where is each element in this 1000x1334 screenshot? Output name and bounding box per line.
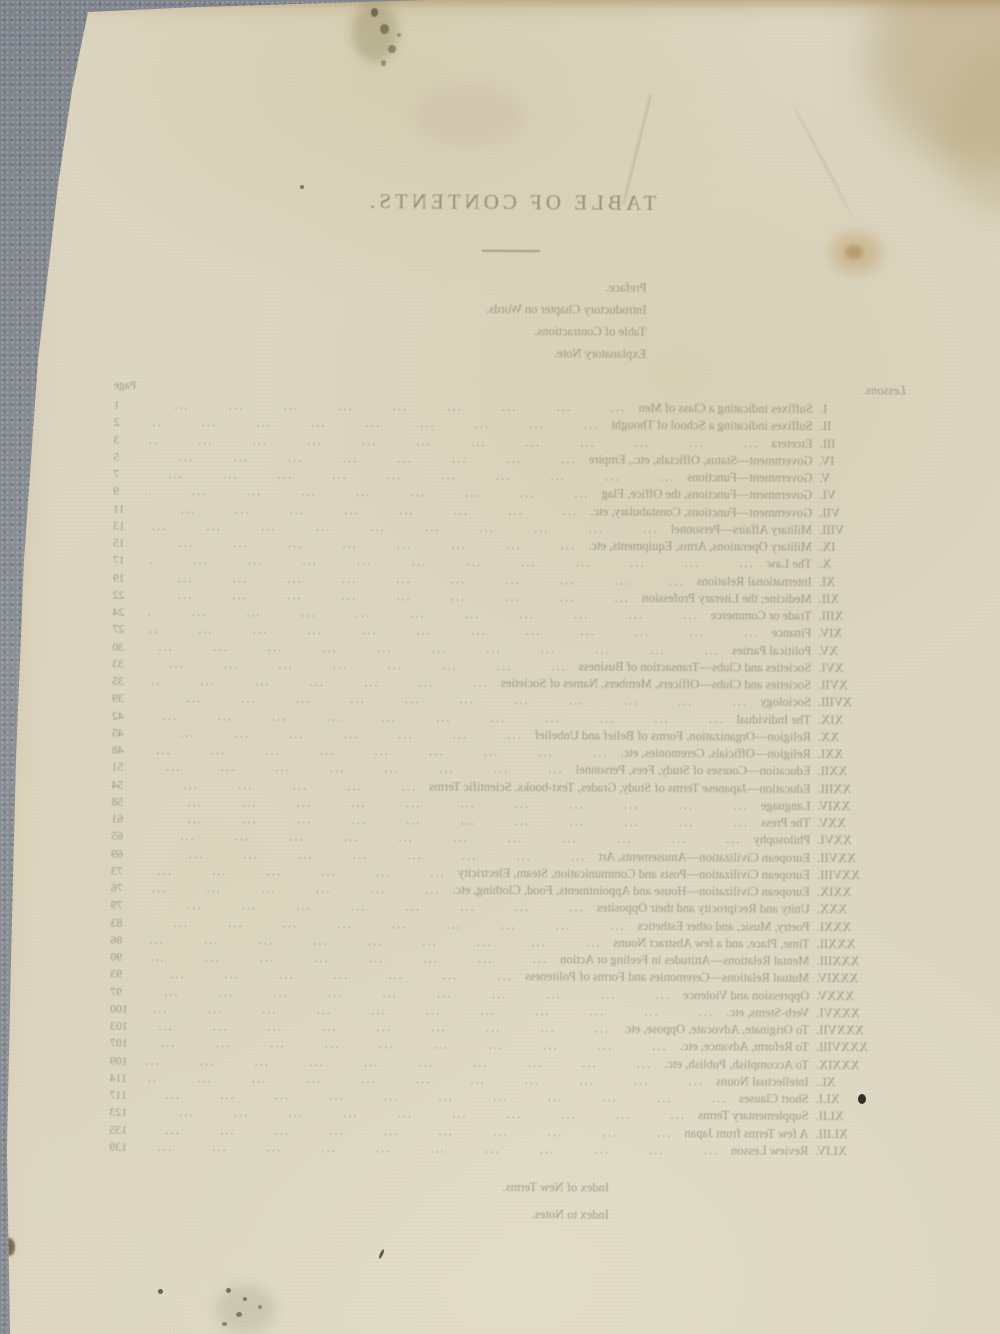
lesson-numeral: XXIV. <box>810 798 903 816</box>
lesson-numeral: XXI. <box>811 746 904 764</box>
lesson-numeral: VIII. <box>812 522 905 540</box>
lesson-numeral: XXXVII. <box>809 1022 902 1040</box>
stain-speck <box>258 1305 262 1309</box>
page-number: 24 <box>113 604 149 621</box>
stain-smudge <box>215 1285 275 1333</box>
lesson-title: Intellectual Nouns <box>716 1073 809 1091</box>
lesson-numeral: VII. <box>812 504 905 522</box>
page-number: 135 <box>109 1121 145 1138</box>
back-matter-line: Index of New Terms. <box>109 1172 609 1202</box>
dot-leader: ... ... ... ... ... ... ... ... ... ... … <box>148 776 430 795</box>
dot-leader: ... ... ... ... ... ... ... ... ... ... … <box>145 1139 731 1160</box>
lesson-numeral: XXVII. <box>810 849 903 867</box>
lesson-numeral: XXXII. <box>810 936 903 954</box>
photo-background: TABLE OF CONTENTS. Preface.Introductory … <box>0 0 1000 1334</box>
page-number: 11 <box>113 500 149 517</box>
front-matter-line: Explanatory Note. <box>114 340 646 365</box>
dot-leader: ... ... ... ... ... ... ... ... ... ... … <box>148 673 501 692</box>
lesson-title: Unity and Reciprocity and their Opposite… <box>597 900 810 919</box>
lesson-title: Time, Place, and a few Abstract Nouns <box>613 934 809 952</box>
lesson-title: Oppression and Violence <box>683 987 809 1005</box>
stain-smudge <box>415 85 525 147</box>
lesson-title: International Relations <box>697 573 812 591</box>
lesson-numeral: XXIX. <box>810 884 903 902</box>
lesson-numeral: XI. <box>812 573 905 591</box>
toc-title: TABLE OF CONTENTS. <box>115 188 907 217</box>
lesson-numeral: I. <box>813 401 906 419</box>
lesson-title: Poetry, Music, and other Esthetics <box>638 917 810 935</box>
page-number: 3 <box>114 431 150 448</box>
stain-speck <box>380 24 389 34</box>
column-header-page: Page <box>114 378 154 395</box>
lesson-title: Medicine; the Literary Profession <box>642 590 812 608</box>
stain-speck <box>397 33 401 37</box>
lesson-title: European Civilization—Posts and Communic… <box>458 864 810 883</box>
lesson-title: Military Operations, Arms, Equipments, e… <box>588 537 812 556</box>
page-number: 73 <box>111 862 147 879</box>
stain-speck <box>388 45 396 53</box>
lesson-numeral: XXXVI. <box>809 1005 902 1023</box>
page-number: 83 <box>111 914 147 931</box>
lesson-title: Sociology <box>760 694 811 712</box>
lesson-numeral: X. <box>812 556 905 574</box>
page-number: 19 <box>113 569 149 586</box>
stain-speck <box>226 1288 231 1293</box>
stain-speck <box>378 1249 385 1259</box>
lesson-title: Religion—Officials, Ceremonies, etc. <box>620 745 810 763</box>
page-number: 42 <box>112 707 148 724</box>
lesson-title: Political Parties <box>732 642 812 660</box>
lesson-title: To Originate, Advocate, Oppose, etc. <box>622 1021 809 1039</box>
lesson-numeral: XXXI. <box>810 918 903 936</box>
lesson-numeral: XLIII. <box>808 1125 901 1143</box>
lesson-title: A few Terms from Japan <box>684 1125 808 1143</box>
lesson-numeral: XV. <box>811 642 904 660</box>
lesson-title: Verb-Stems, etc. <box>726 1004 809 1022</box>
lesson-numeral: XXVIII. <box>810 867 903 885</box>
page-number: 90 <box>110 949 146 966</box>
lesson-title: Military Affairs—Personnel <box>671 521 813 539</box>
toc-rows: I.Suffixes indicating a Class of Men... … <box>109 397 906 1161</box>
book-page: TABLE OF CONTENTS. Preface.Introductory … <box>0 0 1000 1334</box>
page-number: 30 <box>112 638 148 655</box>
lesson-title: Philosophy <box>753 832 810 850</box>
lesson-numeral: XXXIV. <box>809 970 902 988</box>
page-number: 109 <box>110 1052 146 1069</box>
lesson-numeral: XXXIX. <box>809 1056 902 1074</box>
lesson-title: Trade or Commerce <box>711 607 812 625</box>
page-number: 51 <box>112 759 148 776</box>
lesson-title: Short Clauses <box>739 1090 809 1108</box>
page-number: 103 <box>110 1018 146 1035</box>
page-number: 39 <box>112 690 148 707</box>
lesson-numeral: XL. <box>809 1074 902 1092</box>
back-matter-line: Index to Notes. <box>109 1199 609 1229</box>
edge-tatter <box>30 208 39 217</box>
page-number: 86 <box>111 931 147 948</box>
lesson-title: Societies and Clubs—Transaction of Busin… <box>579 658 812 677</box>
page-number: 45 <box>112 724 148 741</box>
stain-speck <box>236 1312 242 1317</box>
page-number: 48 <box>112 742 148 759</box>
lesson-numeral: XII. <box>812 591 905 609</box>
lesson-title: The Law <box>767 556 812 574</box>
lesson-numeral: IV. <box>812 453 905 471</box>
lesson-title: Societies and Clubs—Officers, Members, N… <box>501 675 811 694</box>
edge-tatter <box>4 556 14 570</box>
front-matter-line: Table of Contractions. <box>114 318 646 343</box>
lesson-title: The Press <box>761 815 810 833</box>
edge-tatter <box>6 660 14 670</box>
lesson-title: Suffixes indicating a Class of Men <box>639 400 813 418</box>
lesson-numeral: XXV. <box>810 815 903 833</box>
lesson-numeral: XIX. <box>811 711 904 729</box>
front-matter-list: Preface.Introductory Chapter on Words.Ta… <box>114 274 907 367</box>
lesson-title: European Civilization—Amusements, Art <box>598 848 810 867</box>
lesson-numeral: XVII. <box>811 677 904 695</box>
page-number: 2 <box>114 414 150 431</box>
stain-speck <box>243 1297 247 1301</box>
lesson-numeral: XIV. <box>811 625 904 643</box>
page-number: 69 <box>111 845 147 862</box>
dot-leader: ... ... ... ... ... ... ... ... ... ... … <box>147 863 458 882</box>
lesson-title: To Accomplish, Publish, etc. <box>664 1055 809 1073</box>
lesson-numeral: XXXVIII. <box>809 1039 902 1057</box>
page-number: 61 <box>111 811 147 828</box>
lesson-title: Government—Status, Officials, etc., Empi… <box>589 451 813 470</box>
page-number: 9 <box>113 483 149 500</box>
page-number: 100 <box>110 1000 146 1017</box>
page-number: 7 <box>113 466 149 483</box>
page-number: 97 <box>110 983 146 1000</box>
lesson-title: The Individual <box>736 711 811 729</box>
lesson-title: Education—Courses of Study, Fees, Person… <box>576 762 811 781</box>
page-number: 27 <box>112 621 148 638</box>
lesson-title: Finance <box>772 625 812 642</box>
page-number: 76 <box>111 880 147 897</box>
toc-row: XLIV.Review Lesson... ... ... ... ... ..… <box>109 1138 901 1160</box>
front-matter-line: Preface. <box>115 274 647 299</box>
lesson-title: Mental Relations—Attitudes in Feeling or… <box>560 951 810 970</box>
lesson-numeral: VI. <box>812 487 905 505</box>
page-number: 13 <box>113 517 149 534</box>
lesson-numeral: XXXIII. <box>809 953 902 971</box>
page-number: 123 <box>110 1104 146 1121</box>
page-number: 54 <box>112 776 148 793</box>
page-number: 5 <box>114 448 150 465</box>
lesson-title: To Reform, Advance, etc. <box>680 1038 809 1056</box>
lesson-title: Mutual Relations—Ceremonies and Forms of… <box>525 968 809 987</box>
edge-tatter <box>3 1238 15 1256</box>
lesson-title: Government—Functions, Constabulary, etc. <box>590 503 812 522</box>
page-number: 107 <box>110 1035 146 1052</box>
stain-corner-toning <box>940 40 1000 220</box>
lesson-title: Supplementary Terms <box>698 1107 809 1125</box>
stain-speck <box>158 1289 163 1294</box>
lesson-numeral: XX. <box>811 729 904 747</box>
lesson-title: Government—Functions <box>687 469 812 487</box>
page-number: 15 <box>113 535 149 552</box>
page-number: 1 <box>114 397 150 414</box>
lesson-title: Government—Functions, the Office, Flag <box>602 486 813 505</box>
page-number: 35 <box>112 673 148 690</box>
lesson-numeral: XVI. <box>811 660 904 678</box>
toc-column-headers: Lessons. Page <box>114 378 906 400</box>
lesson-title: Review Lesson <box>731 1142 808 1160</box>
lesson-numeral: XXX. <box>810 901 903 919</box>
lesson-numeral: XXIII. <box>810 780 903 798</box>
lesson-numeral: XXII. <box>811 763 904 781</box>
front-matter-line: Introductory Chapter on Words. <box>114 296 646 321</box>
lesson-numeral: XVIII. <box>811 694 904 712</box>
page-number: 17 <box>113 552 149 569</box>
page-number: 65 <box>111 828 147 845</box>
lesson-title: Religion—Organization, Forms of Belief a… <box>535 727 811 746</box>
back-matter-list: Index of New Terms.Index to Notes. <box>109 1172 901 1231</box>
page-number: 58 <box>111 793 147 810</box>
lesson-title: European Civilization—House and Appointm… <box>452 882 810 901</box>
page-number: 117 <box>110 1087 146 1104</box>
stain-speck <box>371 8 378 17</box>
lesson-numeral: II. <box>813 418 906 436</box>
page-number: 114 <box>110 1069 146 1086</box>
lesson-title: Suffixes indicating a School of Thought <box>611 417 812 435</box>
toc-divider <box>482 250 540 252</box>
stain-smudge-top <box>352 2 398 62</box>
stain-speck <box>222 1322 227 1326</box>
lesson-numeral: XLI. <box>809 1091 902 1109</box>
column-header-lessons: Lessons. <box>863 382 906 399</box>
lesson-numeral: XLIV. <box>808 1143 901 1161</box>
page-number: 33 <box>112 655 148 672</box>
lesson-numeral: IX. <box>812 539 905 557</box>
stain-speck <box>381 60 386 66</box>
lesson-numeral: V. <box>812 470 905 488</box>
lesson-numeral: III. <box>813 435 906 453</box>
lesson-title: Etcetera <box>771 435 812 453</box>
page-number: 139 <box>109 1138 145 1155</box>
page-number: 93 <box>110 966 146 983</box>
lesson-numeral: XXVI. <box>810 832 903 850</box>
dot-leader: ... ... ... ... ... ... ... ... ... ... … <box>147 880 453 899</box>
page-number: 22 <box>113 586 149 603</box>
stain-corner-toning <box>868 0 1000 170</box>
showthrough-text-block: TABLE OF CONTENTS. Preface.Introductory … <box>109 182 907 1247</box>
lesson-title: Language <box>761 797 811 815</box>
lesson-numeral: XLII. <box>808 1108 901 1126</box>
lesson-numeral: XXXV. <box>809 987 902 1005</box>
lesson-numeral: XIII. <box>812 608 905 626</box>
page-number: 79 <box>111 897 147 914</box>
